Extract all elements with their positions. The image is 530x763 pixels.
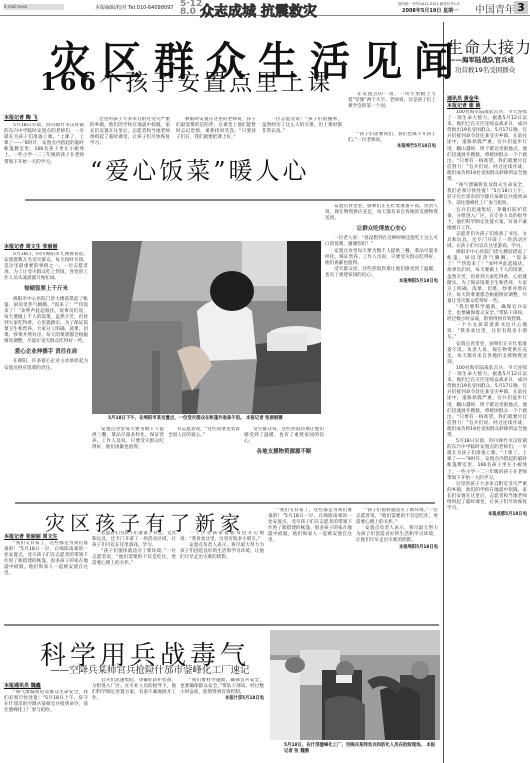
article-school-col5: 在安置点的一角，一块小黑板上写着“坚强”两个大字。老师说，这是孩子们上课学会的第… <box>348 92 436 130</box>
article-meal-col4: 受灾群众说，这些热饭热菜让他们感受到了温暖，也有了重建家园的信心。各地支援物资源… <box>244 427 324 469</box>
article-home-col3: 一个小女孩拿着新书包开心地说：“我喜欢这里，这里有很多小朋友。”安置点负责人表示… <box>180 531 264 606</box>
sidebar-byline-2: 本报记者 谢 颖 <box>447 102 480 109</box>
page-number: 3 <box>514 1 528 14</box>
article-school-headline: 166个孩子安置点里上课 <box>40 64 333 97</box>
article-science-byline: 本报通讯员 魏鑫 <box>4 682 41 689</box>
photo-boy-cooking-image <box>92 241 321 414</box>
section-divider-2 <box>15 502 435 504</box>
headline-number: 166 <box>40 67 99 96</box>
article-meal-subhead-3: 让群众吃得放心安心 <box>325 226 438 232</box>
section-divider-3 <box>4 624 439 626</box>
article-meal-col1: 5月18日，四川绵阳市九洲体育馆，安置着数万名受灾群众。每天按时开饭，是这里最重… <box>4 252 88 465</box>
masthead-date: 2008年5月19日 星期一 <box>402 7 458 14</box>
article-science-col3: “我们要科学施救，确保官兵安全，也要确保群众安全。”带队干部说。经过数小时奋战，… <box>180 678 264 763</box>
photo-soldiers-caption: 5月18日，在什邡蓥峰化工厂，空降兵某师官兵和防化人员在抢险现场。 本报记者 张… <box>284 743 436 755</box>
sidebar-body: 100名海军陆战队官兵，今天连续了一场生命大接力。据悉5月12日以来，他们已在灾… <box>447 110 527 758</box>
article-home-col4: “我们又有家了，这些都是为我们准备的！”5月18日一早，在绵阳南郊的一处安置点，… <box>268 508 352 606</box>
article-home-byline: 本报记者 张丽丽 周文生 <box>4 533 57 540</box>
masthead: E-mail:xxxx 本版编辑/校对 Tel:010-64098097 5·1… <box>0 0 530 16</box>
masthead-slogan: 众志成城 抗震救灾 <box>200 1 317 21</box>
photo-soldiers-motorcycles <box>270 630 440 740</box>
photo-boy-cooking <box>92 241 321 414</box>
article-home-col1: “我们又有家了，这些都是为我们准备的！”5月18日一早，在绵阳南郊的一处安置点，… <box>4 541 88 606</box>
photo-soldiers-motorcycles-image <box>270 630 440 740</box>
sidebar-byline-1: 通讯员 黄金华 <box>447 95 479 102</box>
sidebar-subheadline-2: 功营救19名受困群众 <box>455 65 515 74</box>
masthead-editor-line: 本版编辑/校对 Tel:010-64098097 <box>95 4 173 11</box>
article-science-subheadline: ——空降兵某师官兵抢险什邡市蓥峰化工厂速记 <box>50 662 250 676</box>
article-home-dateline: 本报绵阳5月18日电 <box>356 545 438 551</box>
article-meal-subhead-4: 各地支援物资源源不断 <box>244 449 324 455</box>
article-meal-col3: 有志愿者说，“这些饭菜里装着全国人民的爱心。” <box>168 427 240 469</box>
article-meal-col2: 安置点食堂每天要为数千人提供三餐，菜品尽量多样化，保证营养。工作人员说，只要受灾… <box>92 427 164 469</box>
masthead-email-tag: E-mail:xxxx <box>4 4 64 10</box>
sidebar-subheadline-1: ——海军陆战队官兵成 <box>449 55 514 64</box>
article-meal-subhead-1: 每顿饭要上千斤米 <box>4 286 88 292</box>
sidebar-divider <box>443 22 444 763</box>
article-science-col2: 官兵们迅速集结，穿戴好防护装备，分组进入厂区。在专业人员的指导下，他们科学制定处… <box>92 678 176 763</box>
article-home-col5: “孩子们很快就适应了新环境。”一位志愿者说，“他们需要的不仅是吃住，更需要心理上… <box>356 508 438 606</box>
article-school-byline: 本报记者 陶 飞 <box>4 114 37 121</box>
article-science-col1: “毒气泄漏将危及群众生命安全，我们必须尽快处置！”5月18日上午，驻守在什邡市的… <box>4 690 88 763</box>
article-school-col1: 5月18日早晨，四川绵竹市汉旺镇的东汽中学临时安置点的老师们，一早就在为孩子们准… <box>4 123 84 181</box>
article-school-dateline: 本报绵竹5月18日电 <box>348 144 436 150</box>
article-home-col2: 志愿者们为孩子们准备了书包、文具和玩具，还专门开辟了一块活动区域，让孩子们可以在… <box>92 531 176 606</box>
article-meal-dateline: 本报绵阳5月18日电 <box>325 279 438 285</box>
sidebar-dateline: 本报成都5月18日电 <box>447 512 527 518</box>
article-school-col6: “孩子们需要我们，我们也离不开孩子们。”一位老师说。本报绵竹5月18日电 <box>348 132 436 180</box>
article-meal-headline: “爱心饭菜”暖人心 <box>90 151 310 186</box>
article-meal-subhead-2: 爱心企业伸援手 责任在肩 <box>4 349 88 355</box>
article-meal-col5: 安置点食堂里，厨师们正在忙着准备午饭。负责人说，现在物资供应充足，每天都有来自各… <box>325 204 438 469</box>
earthquake-date-logo: 5·128.0 <box>180 0 202 16</box>
photo-boy-cooking-caption: 5月18日下午，在绵阳市某安置点，一位受灾群众在帐篷外准备午饭。 本报记者 张丽… <box>108 416 318 422</box>
article-science-dateline: 本报什邡5月18日电 <box>180 696 264 702</box>
article-meal-byline: 本报记者 周文生 张丽丽 <box>4 243 57 250</box>
headline-text: 个孩子安置点里上课 <box>99 70 333 96</box>
section-divider-1 <box>25 199 435 201</box>
